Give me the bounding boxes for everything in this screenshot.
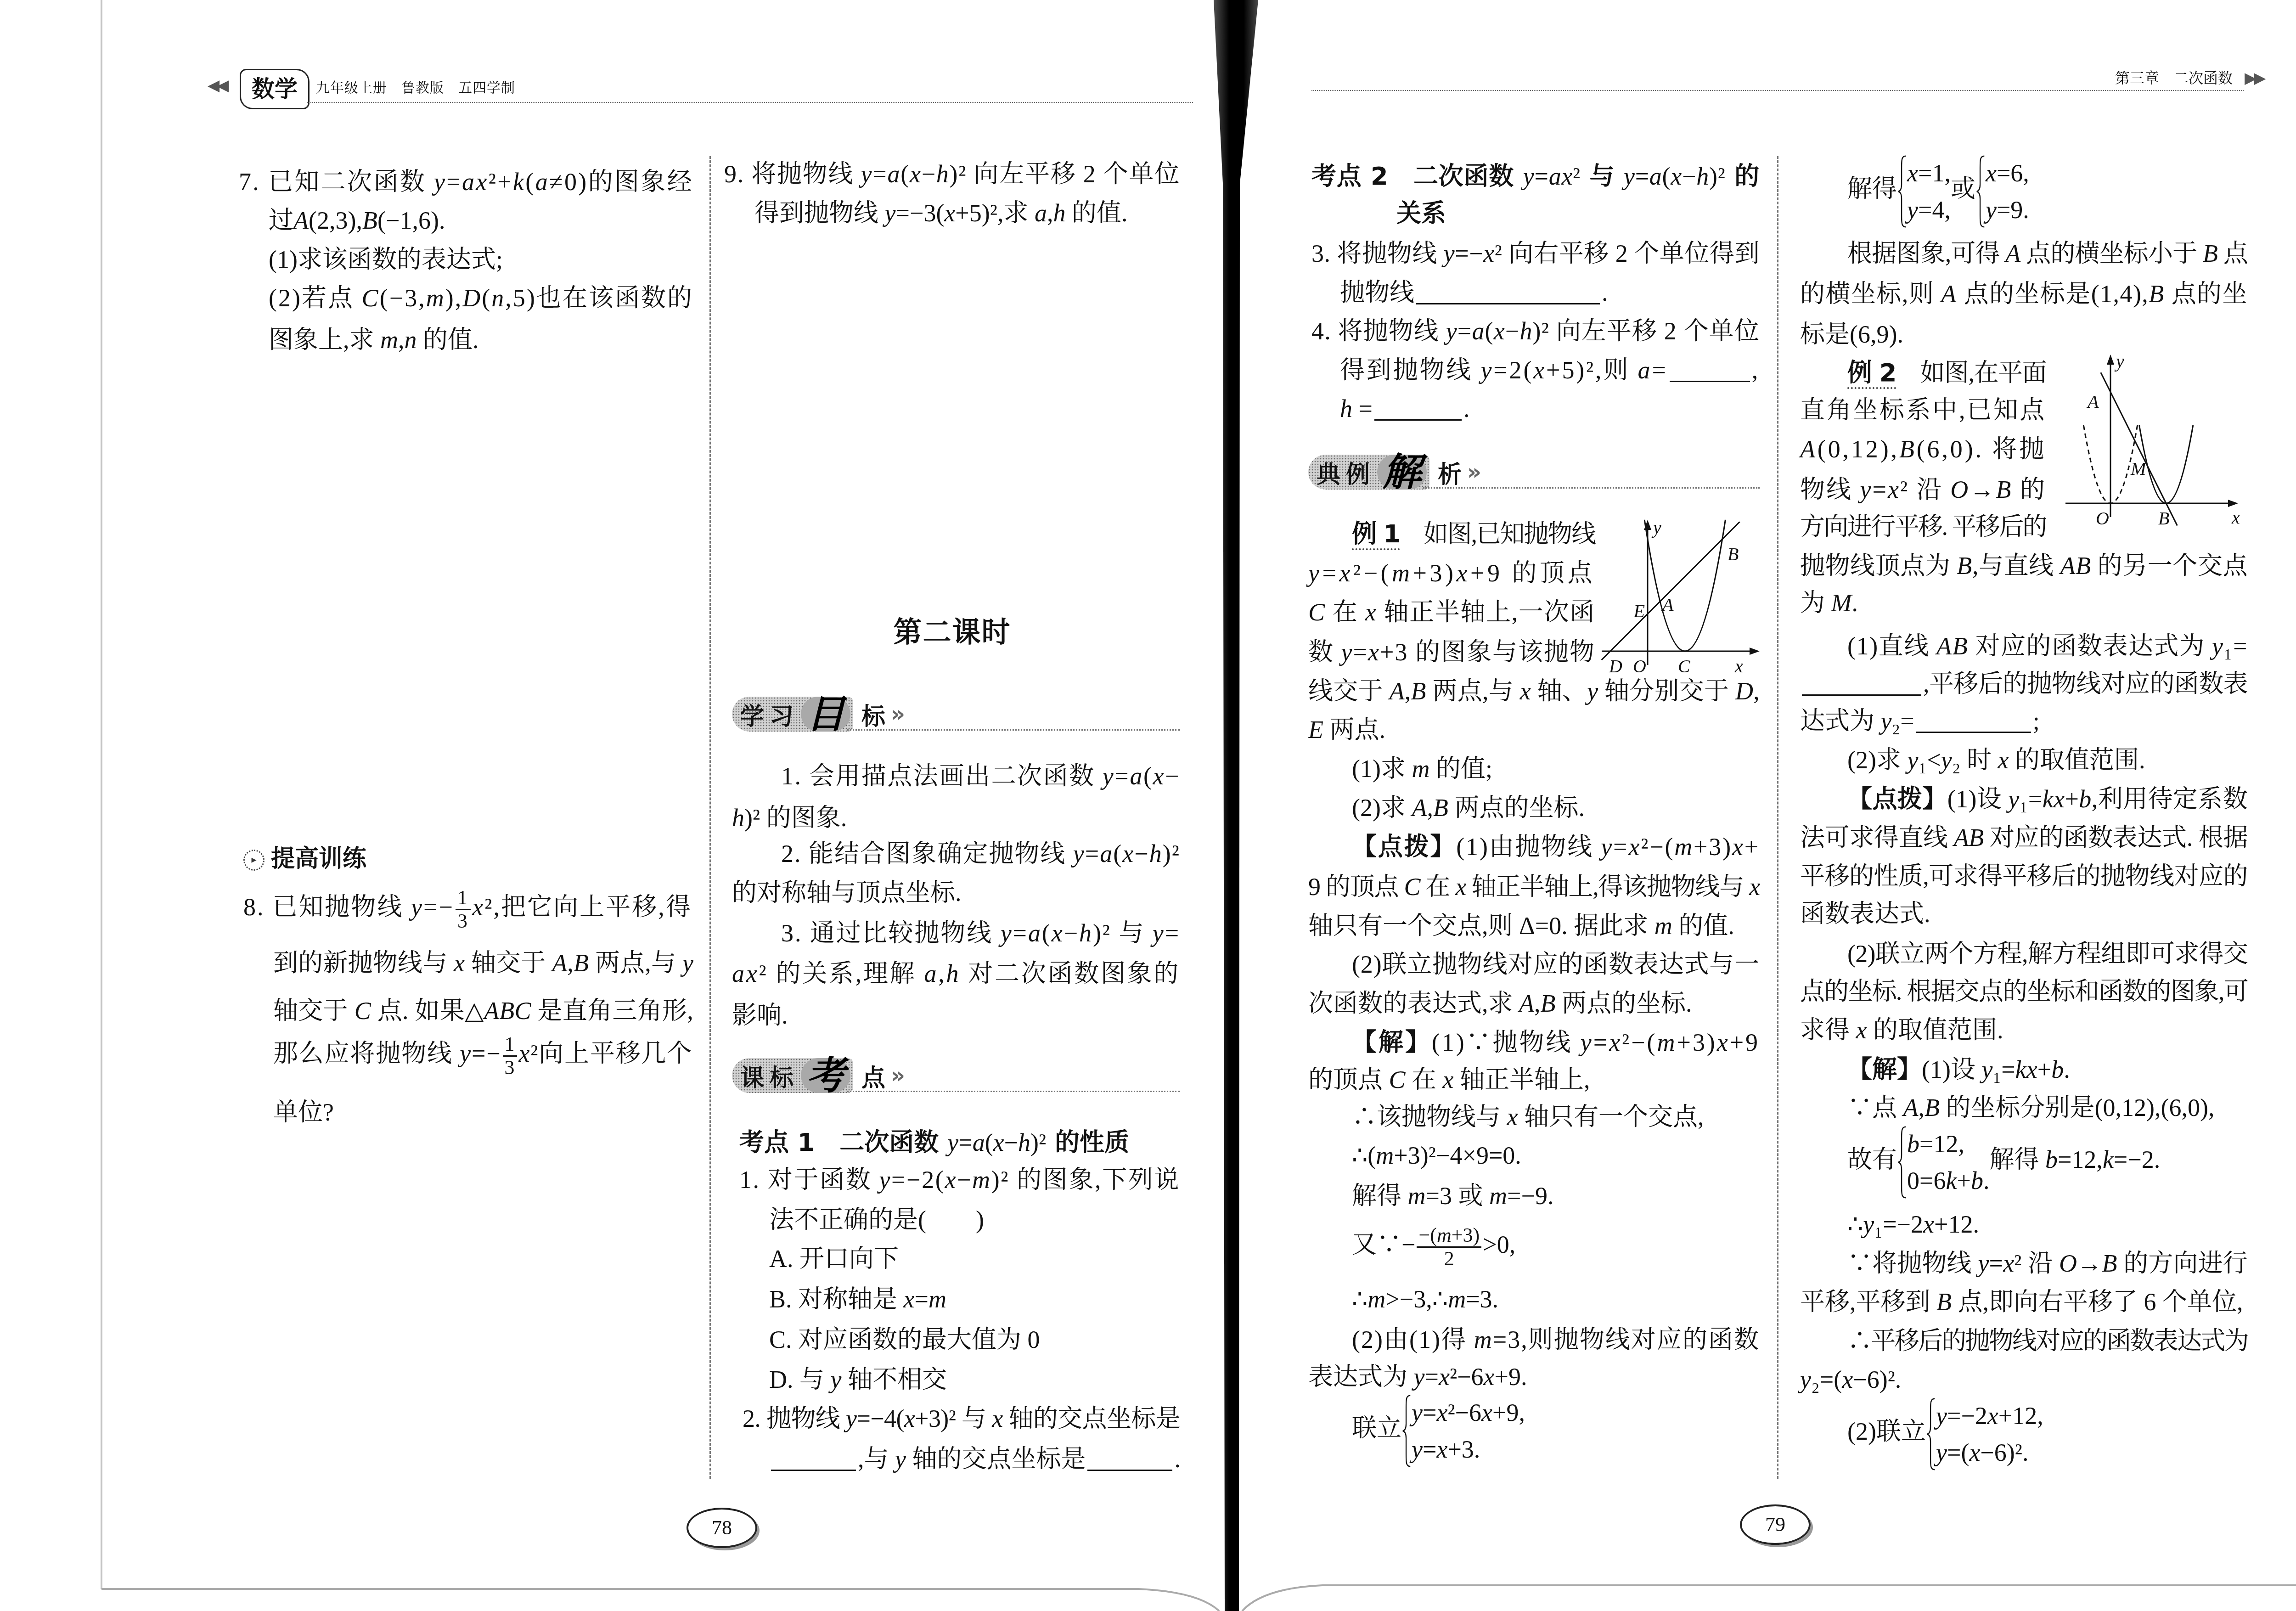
example-2-stem: 为 M. [1800, 584, 1858, 623]
x-axis-arrow-icon [2228, 500, 2238, 507]
example-2-subquestion: (2)求 y₁<y₂ 时 x 的取值范围. [1847, 741, 2145, 780]
question-2-line: ,与 y 轴的交点坐标是. [769, 1440, 1181, 1479]
example-2-stem: 抛物线顶点为 B,与直线 AB 的另一个交点 [1800, 546, 2248, 586]
banner-pill: 典例 解 [1308, 455, 1429, 490]
y-axis-arrow-icon [2107, 355, 2114, 365]
origin-label: O [1633, 656, 1646, 675]
left-page-column-2: 9. 将抛物线 y=a(x−h)² 向左平移 2 个单位 得到抛物线 y=−3(… [724, 0, 1180, 1611]
example-1-stem: 线交于 A,B 两点,与 x 轴、y 轴分别交于 D, [1308, 672, 1760, 711]
question-1-stem: 法不正确的是( ) [769, 1200, 984, 1239]
linear-function-line [1602, 522, 1740, 660]
example-1-solution: 又∵−−(m+3)2>0, [1352, 1224, 1515, 1263]
double-chevron-icon [1467, 459, 1481, 485]
example-2-subquestion: ,平移后的抛物线对应的函数表 [1800, 665, 2248, 704]
example-2-solution: (2)联立y=−2x+12,y=(x−6)². [1847, 1397, 2043, 1436]
right-page-column-2: 解得x=1,y=4,或x=6,y=9. 根据图象,可得 A 点的横坐标小于 B … [1800, 0, 2248, 1611]
example-1-solution: (2)由(1)得 m=3,则抛物线对应的函数 [1352, 1320, 1760, 1359]
banner-dotted-rule [1423, 487, 1760, 489]
banner-suffix: 析 [1438, 455, 1462, 490]
question-8-line: 轴交于 C 点. 如果△ABC 是直角三角形, [273, 991, 693, 1031]
question-7-line: (1)求该函数的表达式; [269, 240, 503, 279]
example-2-stem: 例 2 如图,在平面 [1847, 354, 2046, 393]
example-2-stem: 物线 y=x² 沿 O→B 的 [1800, 470, 2046, 509]
example-2-stem: A(0,12),B(6,0). 将抛 [1800, 430, 2046, 469]
banner-pill: 学习 目 [732, 697, 853, 732]
example-1-solution-cont: 的横坐标,则 A 点的坐标是(1,4),B 点的坐 [1800, 275, 2248, 314]
example-1-subquestion: (2)求 A,B 两点的坐标. [1352, 789, 1585, 828]
example-2-subquestion: 达式为 y₂=; [1800, 702, 2040, 741]
banner-suffix: 标 [861, 697, 885, 732]
circle-arrow-icon [243, 850, 264, 871]
goal-line: 影响. [732, 996, 788, 1035]
example-1-solution: ∴(m+3)²−4×9=0. [1352, 1136, 1521, 1175]
curriculum-points-banner: 课标 考 点 [732, 1058, 1180, 1093]
example-1-hint: 9 的顶点 C 在 x 轴正半轴上,得该抛物线与 x [1308, 867, 1760, 907]
point-2-heading: 关系 [1396, 194, 1446, 233]
example-1-stem: E 两点. [1308, 710, 1385, 749]
banner-prefix: 课标 [740, 1059, 799, 1093]
parabola-curve [1644, 520, 1725, 651]
banner-prefix: 学习 [740, 697, 799, 732]
example-2-solution: 【解】(1)设 y₁=kx+b. [1847, 1050, 2070, 1089]
double-chevron-icon [891, 1063, 905, 1088]
banner-dotted-rule [847, 729, 1180, 731]
left-page-column-1: 7. 已知二次函数 y=ax²+k(a≠0)的图象经 过A(2,3),B(−1,… [239, 0, 693, 1611]
example-2-solution: y₂=(x−6)². [1800, 1360, 1901, 1399]
example-1-solution-cont: 解得x=1,y=4,或x=6,y=9. [1847, 155, 2029, 194]
banner-emphasis-char: 目 [801, 697, 850, 732]
example-2-solution: ∵将抛物线 y=x² 沿 O→B 的方向进行 [1847, 1244, 2248, 1283]
banner-emphasis-char: 考 [801, 1058, 850, 1093]
example-1-hint: (2)联立抛物线对应的函数表达式与一 [1352, 945, 1760, 984]
goal-line: 1. 会用描点法画出二次函数 y=a(x− [781, 757, 1180, 796]
banner-emphasis-char: 解 [1377, 455, 1427, 490]
point-a-label: A [1661, 594, 1674, 615]
example-1-stem: C 在 x 轴正半轴上,一次函 [1308, 593, 1595, 632]
question-1-option-c: C. 对应函数的最大值为 0 [769, 1320, 1040, 1359]
example-2-hint: 平移的性质,可求得平移后的抛物线对应的 [1800, 857, 2248, 896]
section-title-label: 提高训练 [271, 845, 366, 873]
example-2-subquestion: (1)直线 AB 对应的函数表达式为 y₁= [1847, 627, 2248, 666]
example-1-hint: 轴只有一个交点,则 Δ=0. 据此求 m 的值. [1308, 907, 1734, 946]
point-m-label: M [2130, 458, 2147, 479]
example-2-hint: 点的坐标. 根据交点的坐标和函数的图象,可 [1800, 972, 2248, 1011]
banner-suffix: 点 [861, 1059, 885, 1093]
question-8-line: 到的新抛物线与 x 轴交于 A,B 两点,与 y [273, 944, 693, 983]
example-2-hint: 函数表达式. [1800, 895, 1930, 934]
point-2-heading: 考点 2 二次函数 y=ax² 与 y=a(x−h)² 的 [1311, 157, 1760, 196]
question-8-line: 单位? [273, 1093, 334, 1132]
example-1-solution: ∴m>−3,∴m=3. [1352, 1280, 1498, 1319]
x-axis-label: x [2231, 507, 2240, 528]
question-1-option-b: B. 对称轴是 x=m [769, 1280, 946, 1319]
example-1-solution-cont: 根据图象,可得 A 点的横坐标小于 B 点 [1847, 234, 2248, 273]
example-1-solution: 的顶点 C 在 x 轴正半轴上, [1308, 1060, 1590, 1099]
section-improvement-training: 提高训练 [243, 839, 366, 878]
example-1-solution: 联立y=x²−6x+9,y=x+3. [1352, 1394, 1525, 1433]
question-1-stem: 1. 对于函数 y=−2(x−m)² 的图象,下列说 [739, 1160, 1180, 1200]
example-1-solution: 表达式为 y=x²−6x+9. [1308, 1358, 1527, 1397]
goal-line: h)² 的图象. [732, 799, 847, 838]
point-c-label: C [1678, 656, 1691, 675]
goal-line: 的对称轴与顶点坐标. [732, 873, 962, 913]
point-d-label: D [1609, 656, 1622, 675]
goal-line: 2. 能结合图象确定抛物线 y=a(x−h)² [781, 834, 1180, 873]
question-3-line: 3. 将抛物线 y=−x² 向右平移 2 个单位得到 [1311, 234, 1760, 273]
example-1-stem: 例 1 如图,已知抛物线 [1352, 515, 1595, 554]
example-1-stem: 数 y=x+3 的图象与该抛物 [1308, 633, 1595, 672]
question-7-line: 图象上,求 m,n 的值. [269, 321, 479, 360]
example-2-solution: 平移,平移到 B 点,即向右平移了 6 个单位, [1800, 1283, 2243, 1322]
double-left-arrow-icon [208, 76, 226, 95]
example-1-subquestion: (1)求 m 的值; [1352, 749, 1492, 789]
example-1-solution: 解得 m=3 或 m=−9. [1352, 1177, 1553, 1216]
origin-label: O [2096, 508, 2109, 528]
x-axis-label: x [1734, 656, 1743, 675]
example-2-hint: (2)联立两个方程,解方程组即可求得交 [1847, 935, 2248, 974]
textbook-spread: 数学 九年级上册 鲁教版 五四学制 第三章 二次函数 7. 已知二次函数 y=a… [0, 0, 2296, 1611]
right-page-column-divider [1777, 156, 1778, 1479]
question-7-line: (2)若点 C(−3,m),D(n,5)也在该函数的 [269, 279, 693, 318]
goal-line: 3. 通过比较抛物线 y=a(x−h)² 与 y= [781, 914, 1180, 953]
question-8-line: 8. 已知抛物线 y=−13x²,把它向上平移,得 [243, 887, 692, 926]
question-1-option-d: D. 与 y 轴不相交 [769, 1360, 947, 1399]
example-1-solution: ∴该抛物线与 x 轴只有一个交点, [1352, 1098, 1704, 1137]
question-2-line: 2. 抛物线 y=−4(x+3)² 与 x 轴的交点坐标是 [743, 1399, 1180, 1438]
question-3-line: 抛物线. [1340, 273, 1608, 312]
example-1-solution: 【解】(1)∵抛物线 y=x²−(m+3)x+9 [1352, 1023, 1760, 1062]
y-axis-label: y [1651, 519, 1661, 538]
question-9-line: 得到抛物线 y=−3(x+5)²,求 a,h 的值. [754, 194, 1127, 233]
example-2-solution: ∵点 A,B 的坐标分别是(0,12),(6,0), [1847, 1088, 2214, 1127]
learning-goals-banner: 学习 目 标 [732, 697, 1180, 732]
point-b-label: B [2158, 508, 2169, 528]
question-7-line: 过A(2,3),B(−1,6). [269, 201, 445, 240]
question-9-line: 9. 将抛物线 y=a(x−h)² 向左平移 2 个单位 [724, 155, 1180, 194]
example-2-hint: 求得 x 的取值范围. [1800, 1011, 2003, 1050]
question-8-line: 那么应将抛物线 y=−13x²向上平移几个 [273, 1033, 692, 1072]
goal-line: ax² 的关系,理解 a,h 对二次函数图象的 [732, 954, 1180, 993]
left-page-column-divider [709, 156, 711, 1479]
example-2-hint: 【点拨】(1)设 y₁=kx+b,利用待定系数 [1847, 779, 2248, 818]
point-a-label: A [2086, 391, 2099, 412]
example-2-stem: 直角坐标系中,已知点 [1800, 391, 2046, 430]
example-2-solution: 故有b=12,0=6k+b.解得 b=12,k=−2. [1847, 1126, 2160, 1165]
example-1-figure: y x D O C E A B [1598, 519, 1763, 675]
example-2-stem: 方向进行平移. 平移后的 [1800, 507, 2046, 546]
example-2-solution: ∴y₁=−2x+12. [1847, 1205, 1979, 1244]
lesson-title: 第二课时 [724, 609, 1180, 650]
question-1-option-a: A. 开口向下 [769, 1239, 899, 1279]
point-b-label: B [1728, 544, 1739, 564]
point-e-label: E [1633, 601, 1645, 621]
example-1-hint: 次函数的表达式,求 A,B 两点的坐标. [1308, 984, 1692, 1023]
banner-prefix: 典例 [1317, 455, 1375, 490]
point-1-heading: 考点 1 二次函数 y=a(x−h)² 的性质 [739, 1123, 1129, 1162]
banner-pill: 课标 考 [732, 1058, 853, 1093]
double-chevron-icon [891, 701, 905, 727]
page-number-left: 78 [687, 1508, 757, 1548]
banner-dotted-rule [847, 1091, 1180, 1092]
example-2-hint: 法可求得直线 AB 对应的函数表达式. 根据 [1800, 818, 2248, 857]
example-1-stem: y=x²−(m+3)x+9 的顶点 [1308, 554, 1595, 593]
question-4-line: 得到抛物线 y=2(x+5)²,则 a=, [1340, 351, 1760, 390]
y-axis-label: y [2114, 354, 2124, 372]
example-2-figure: y x O B A M [2057, 354, 2250, 528]
example-2-solution: ∴平移后的抛物线对应的函数表达式为 [1847, 1322, 2248, 1361]
x-axis-arrow-icon [1750, 648, 1760, 655]
example-1-hint: 【点拨】(1)由抛物线 y=x²−(m+3)x+ [1352, 827, 1760, 866]
right-page-column-1: 考点 2 二次函数 y=ax² 与 y=a(x−h)² 的 关系 3. 将抛物线… [1308, 0, 1760, 1611]
question-4-line: 4. 将抛物线 y=a(x−h)² 向左平移 2 个单位 [1311, 312, 1760, 351]
typical-examples-banner: 典例 解 析 [1308, 455, 1760, 490]
question-7-line: 7. 已知二次函数 y=ax²+k(a≠0)的图象经 [239, 163, 693, 202]
example-1-solution-cont: 标是(6,9). [1800, 315, 1903, 354]
question-4-line: h =. [1340, 389, 1469, 428]
